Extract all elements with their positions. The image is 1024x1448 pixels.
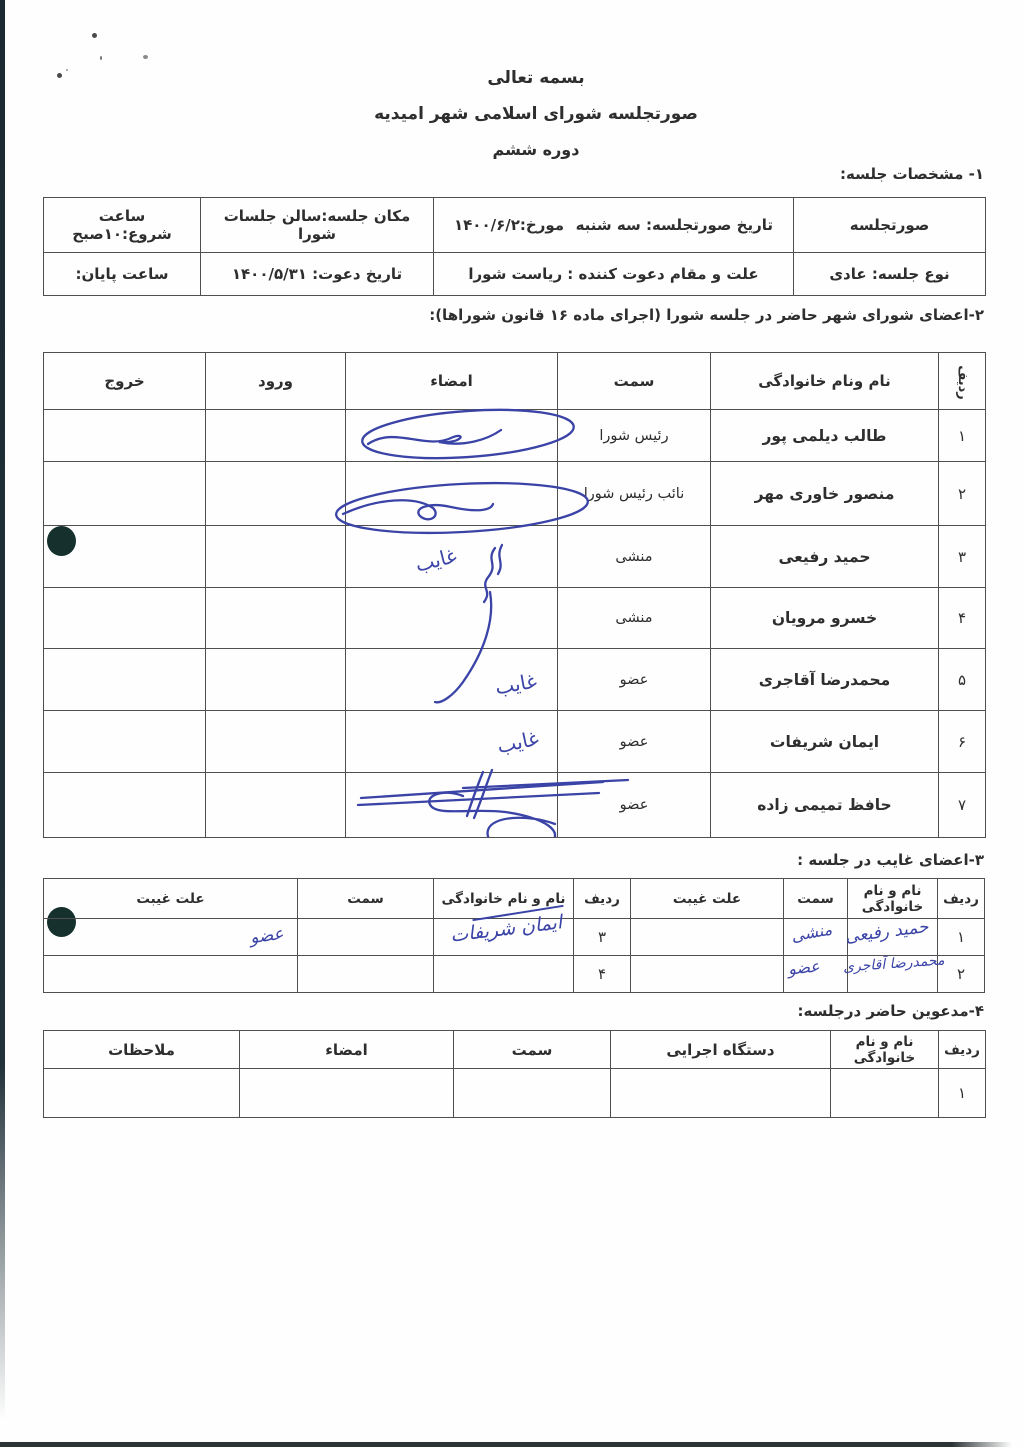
row-number: ۵ xyxy=(939,649,986,711)
table-row: ۵ محمدرضا آقاجری عضو xyxy=(44,649,986,711)
entry-cell xyxy=(206,711,346,773)
table-row: ۱ xyxy=(44,1069,986,1118)
meeting-invite-date-cell: تاریخ دعوت: ۱۴۰۰/۵/۳۱ xyxy=(201,253,434,296)
table-row: ۷ حافظ تمیمی زاده عضو xyxy=(44,773,986,838)
signature-cell xyxy=(346,588,558,649)
row-number: ۳ xyxy=(574,919,631,956)
col-header-position: سمت xyxy=(298,879,434,919)
meeting-date-label: تاریخ صورتجلسه: سه شنبه xyxy=(576,216,773,234)
row-number: ۶ xyxy=(939,711,986,773)
absent-name-cell xyxy=(848,956,938,993)
member-position: رئیس شورا xyxy=(558,410,711,462)
absent-name-cell xyxy=(434,956,574,993)
member-name: محمدرضا آقاجری xyxy=(711,649,939,711)
member-position: عضو xyxy=(558,649,711,711)
scan-speck xyxy=(92,33,97,38)
absent-members-table: ردیف نام و نام خانوادگی سمت علت غیبت ردی… xyxy=(43,878,985,993)
section-2-heading: ۲-اعضای شورای شهر حاضر در جلسه شورا (اجر… xyxy=(429,306,984,324)
section-3-heading: ۳-اعضای غایب در جلسه : xyxy=(797,851,984,869)
guest-notes-cell xyxy=(44,1069,240,1118)
col-header-row-number: ردیف xyxy=(939,353,986,410)
entry-cell xyxy=(206,462,346,526)
scan-bottom-edge-shadow xyxy=(0,1442,1012,1447)
row-number: ۲ xyxy=(938,956,985,993)
col-header-name: نام ونام خانوادگی xyxy=(711,353,939,410)
col-header-reason: علت غیبت xyxy=(631,879,784,919)
entry-cell xyxy=(206,588,346,649)
signature-cell xyxy=(346,649,558,711)
member-name: ایمان شریفات xyxy=(711,711,939,773)
section-4-heading: ۴-مدعوین حاضر درجلسه: xyxy=(798,1002,984,1020)
table-header-row: ردیف نام ونام خانوادگی سمت امضاء ورود خر… xyxy=(44,353,986,410)
exit-cell xyxy=(44,462,206,526)
absent-reason-cell xyxy=(631,919,784,956)
absent-reason-cell xyxy=(44,919,298,956)
guest-position-cell xyxy=(454,1069,611,1118)
signature-cell xyxy=(346,773,558,838)
table-header-row: ردیف نام و نام خانوادگی سمت علت غیبت ردی… xyxy=(44,879,985,919)
guest-name-cell xyxy=(831,1069,939,1118)
guest-signature-cell xyxy=(240,1069,454,1118)
absent-name-cell xyxy=(848,919,938,956)
row-number: ۷ xyxy=(939,773,986,838)
row-number: ۴ xyxy=(939,588,986,649)
document-title: صورتجلسه شورای اسلامی شهر امیدیه xyxy=(56,104,1016,124)
row-number: ۳ xyxy=(939,526,986,588)
row-number: ۱ xyxy=(939,1069,986,1118)
col-header-name: نام و نام خانوادگی xyxy=(831,1031,939,1069)
exit-cell xyxy=(44,773,206,838)
entry-cell xyxy=(206,649,346,711)
member-name: حافظ تمیمی زاده xyxy=(711,773,939,838)
col-header-signature: امضاء xyxy=(346,353,558,410)
col-header-notes: ملاحظات xyxy=(44,1031,240,1069)
member-name: منصور خاوری مهر xyxy=(711,462,939,526)
document-subtitle: دوره ششم xyxy=(56,140,1016,159)
col-header-agency: دستگاه اجرایی xyxy=(611,1031,831,1069)
col-header-name: نام و نام خانوادگی xyxy=(848,879,938,919)
scan-left-edge-shadow xyxy=(0,0,5,1420)
absent-reason-cell xyxy=(631,956,784,993)
guests-present-table: ردیف نام و نام خانوادگی دستگاه اجرایی سم… xyxy=(43,1030,986,1118)
member-position: عضو xyxy=(558,711,711,773)
absent-position-cell xyxy=(298,956,434,993)
signature-cell xyxy=(346,711,558,773)
section-1-heading: ۱- مشخصات جلسه: xyxy=(840,165,984,183)
table-header-row: ردیف نام و نام خانوادگی دستگاه اجرایی سم… xyxy=(44,1031,986,1069)
table-row: ۲ ۴ xyxy=(44,956,985,993)
col-header-exit: خروج xyxy=(44,353,206,410)
row-number: ۴ xyxy=(574,956,631,993)
meeting-place-cell: مکان جلسه:سالن جلسات شورا xyxy=(201,198,434,253)
exit-cell xyxy=(44,711,206,773)
meeting-info-table: صورتجلسه تاریخ صورتجلسه: سه شنبه مورخ:۱۴… xyxy=(43,197,986,296)
col-header-row-number: ردیف xyxy=(574,879,631,919)
member-name: حمید رفیعی xyxy=(711,526,939,588)
scanned-meeting-minutes-page: بسمه تعالی صورتجلسه شورای اسلامی شهر امی… xyxy=(0,0,1024,1448)
member-name: طالب دیلمی پور xyxy=(711,410,939,462)
guest-agency-cell xyxy=(611,1069,831,1118)
col-header-position: سمت xyxy=(558,353,711,410)
table-row: ۴ خسرو مرویان منشی xyxy=(44,588,986,649)
table-row: ۱ طالب دیلمی پور رئیس شورا xyxy=(44,410,986,462)
meeting-type-cell: نوع جلسه: عادی xyxy=(794,253,986,296)
meeting-start-time-cell: ساعت شروع:۱۰صبح xyxy=(44,198,201,253)
signature-cell xyxy=(346,462,558,526)
table-row: نوع جلسه: عادی علت و مقام دعوت کننده : ر… xyxy=(44,253,986,296)
table-row: ۳ حمید رفیعی منشی xyxy=(44,526,986,588)
exit-cell xyxy=(44,526,206,588)
col-header-entry: ورود xyxy=(206,353,346,410)
row-number: ۱ xyxy=(938,919,985,956)
absent-position-cell xyxy=(784,956,848,993)
exit-cell xyxy=(44,588,206,649)
absent-position-cell xyxy=(784,919,848,956)
member-position: عضو xyxy=(558,773,711,838)
bismillah-text: بسمه تعالی xyxy=(56,68,1016,88)
entry-cell xyxy=(206,526,346,588)
meeting-date-value: مورخ:۱۴۰۰/۶/۲ xyxy=(454,216,564,234)
scan-speck xyxy=(143,55,148,59)
table-row: ۲ منصور خاوری مهر نائب رئیس شورا xyxy=(44,462,986,526)
member-name: خسرو مرویان xyxy=(711,588,939,649)
table-row: صورتجلسه تاریخ صورتجلسه: سه شنبه مورخ:۱۴… xyxy=(44,198,986,253)
signature-cell xyxy=(346,526,558,588)
signature-cell xyxy=(346,410,558,462)
member-position: منشی xyxy=(558,526,711,588)
entry-cell xyxy=(206,410,346,462)
absent-position-cell xyxy=(298,919,434,956)
meeting-label-cell: صورتجلسه xyxy=(794,198,986,253)
exit-cell xyxy=(44,410,206,462)
member-position: منشی xyxy=(558,588,711,649)
scan-speck xyxy=(100,56,102,60)
exit-cell xyxy=(44,649,206,711)
col-header-row-number: ردیف xyxy=(938,879,985,919)
members-present-table: ردیف نام ونام خانوادگی سمت امضاء ورود خر… xyxy=(43,352,986,838)
col-header-position: سمت xyxy=(784,879,848,919)
table-row: ۱ ۳ xyxy=(44,919,985,956)
entry-cell xyxy=(206,773,346,838)
col-header-signature: امضاء xyxy=(240,1031,454,1069)
col-header-row-number: ردیف xyxy=(939,1031,986,1069)
row-number: ۱ xyxy=(939,410,986,462)
absent-name-cell xyxy=(434,919,574,956)
row-number: ۲ xyxy=(939,462,986,526)
meeting-inviter-cell: علت و مقام دعوت کننده : ریاست شورا xyxy=(434,253,794,296)
meeting-end-time-cell: ساعت پایان: xyxy=(44,253,201,296)
member-position: نائب رئیس شورا xyxy=(558,462,711,526)
col-header-name: نام و نام خانوادگی xyxy=(434,879,574,919)
col-header-reason: علت غیبت xyxy=(44,879,298,919)
meeting-date-cell: تاریخ صورتجلسه: سه شنبه مورخ:۱۴۰۰/۶/۲ xyxy=(434,198,794,253)
table-row: ۶ ایمان شریفات عضو xyxy=(44,711,986,773)
col-header-position: سمت xyxy=(454,1031,611,1069)
absent-reason-cell xyxy=(44,956,298,993)
